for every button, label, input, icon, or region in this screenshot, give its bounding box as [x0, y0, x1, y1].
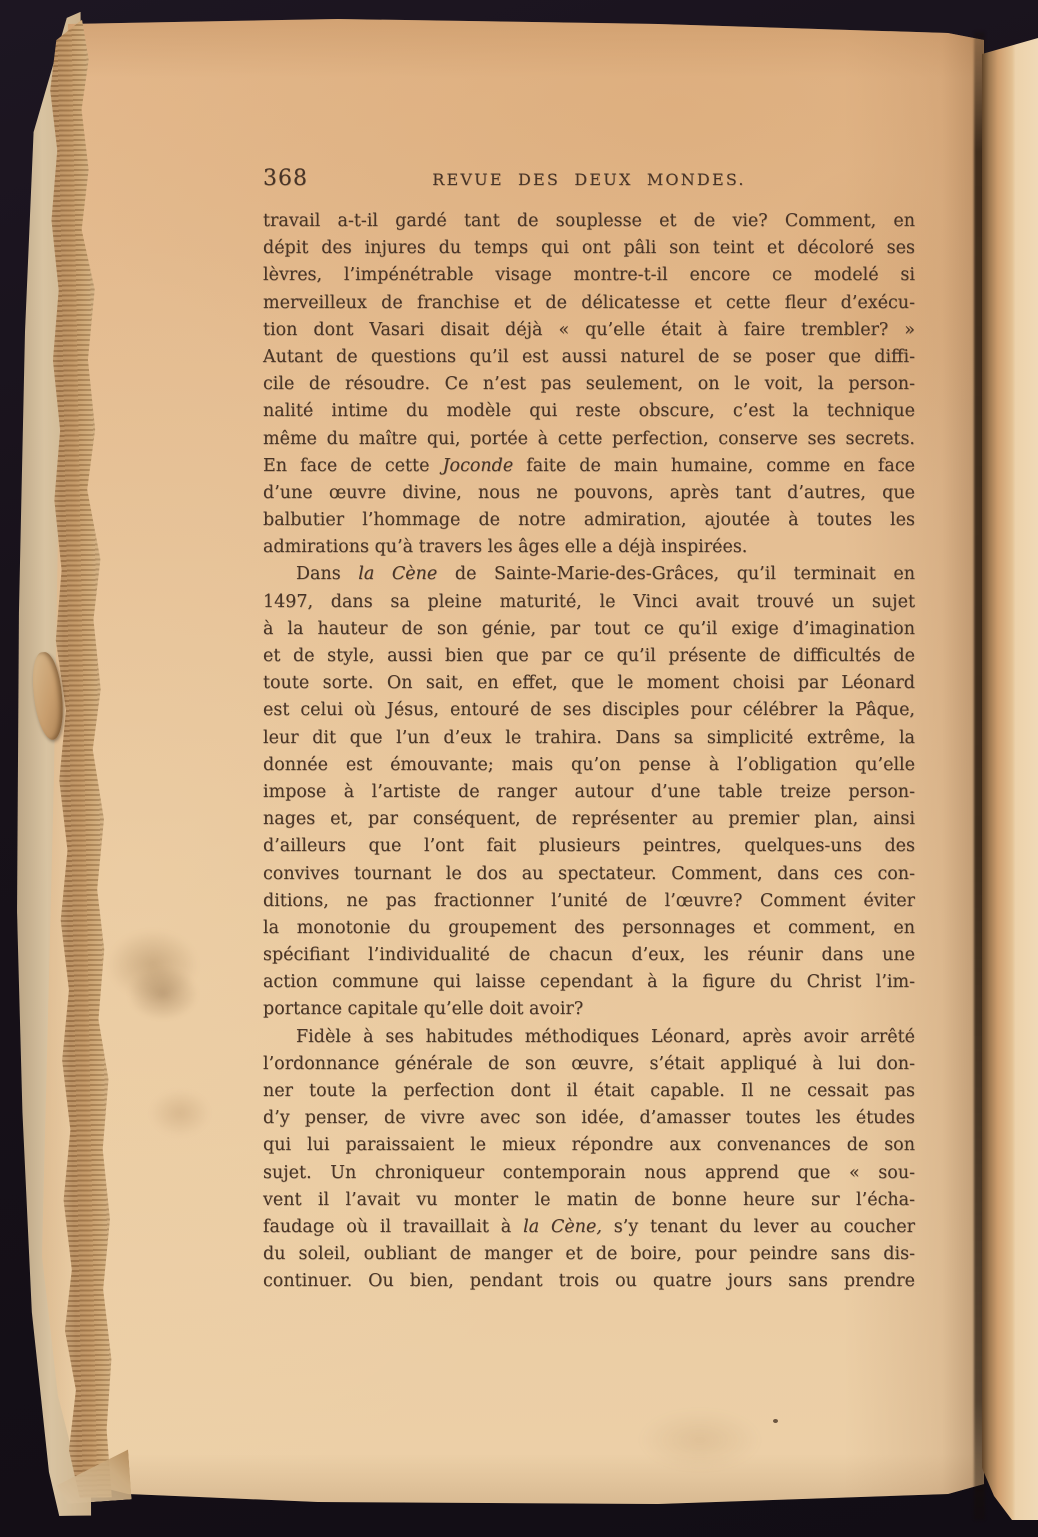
text-line: est celui où Jésus, entouré de ses disci…: [263, 697, 915, 724]
text-line: même du maître qui, portée à cette perfe…: [263, 426, 915, 453]
text-line: nages et, par conséquent, de représenter…: [263, 806, 915, 833]
text-line: cile de résoudre. Ce n’est pas seulement…: [263, 371, 915, 398]
text-line: l’ordonnance générale de son œuvre, s’ét…: [263, 1051, 915, 1078]
text-block: travail a-t-il gardé tant de souplesse e…: [263, 208, 915, 1296]
text-line: balbutier l’hommage de notre admiration,…: [263, 507, 915, 534]
text-line: continuer. Ou bien, pendant trois ou qua…: [263, 1268, 915, 1295]
text-line: merveilleux de franchise et de délicates…: [263, 290, 915, 317]
text-line: d’une œuvre divine, nous ne pouvons, apr…: [263, 480, 915, 507]
text-line: d’ailleurs que l’ont fait plusieurs pein…: [263, 833, 915, 860]
running-header: 368 REVUE DES DEUX MONDES.: [263, 166, 915, 194]
text-line: En face de cette Joconde faite de main h…: [263, 453, 915, 480]
text-line: sujet. Un chroniqueur contemporain nous …: [263, 1160, 915, 1187]
text-line: qui lui paraissaient le mieux répondre a…: [263, 1132, 915, 1159]
running-title: REVUE DES DEUX MONDES.: [263, 170, 915, 189]
facing-page-edge: [982, 38, 1038, 1520]
text-line: lèvres, l’impénétrable visage montre-t-i…: [263, 262, 915, 289]
italic-text: Joconde: [443, 456, 514, 476]
text-line: la monotonie du groupement des personnag…: [263, 915, 915, 942]
text-line: vent il l’avait vu monter le matin de bo…: [263, 1187, 915, 1214]
text-line: donnée est émouvante; mais qu’on pense à…: [263, 752, 915, 779]
text-line: convives tournant le dos au spectateur. …: [263, 861, 915, 888]
text-line: travail a-t-il gardé tant de souplesse e…: [263, 208, 915, 235]
text-line: Fidèle à ses habitudes méthodiques Léona…: [263, 1024, 915, 1051]
text-line: d’y penser, de vivre avec son idée, d’am…: [263, 1105, 915, 1132]
text-line: à la hauteur de son génie, par tout ce q…: [263, 616, 915, 643]
text-line: ner toute la perfection dont il était ca…: [263, 1078, 915, 1105]
text-line: dépit des injures du temps qui ont pâli …: [263, 235, 915, 262]
text-line: nalité intime du modèle qui reste obscur…: [263, 398, 915, 425]
text-line: Autant de questions qu’il est aussi natu…: [263, 344, 915, 371]
text-line: toute sorte. On sait, en effet, que le m…: [263, 670, 915, 697]
photo-of-book-page: { "header": { "page_number": "368", "run…: [0, 0, 1038, 1537]
text-line: portance capitale qu’elle doit avoir?: [263, 996, 915, 1023]
text-line: 1497, dans sa pleine maturité, le Vinci …: [263, 589, 915, 616]
text-line: action commune qui laisse cependant à la…: [263, 969, 915, 996]
italic-text: la Cène,: [523, 1217, 602, 1237]
text-line: impose à l’artiste de ranger autour d’un…: [263, 779, 915, 806]
text-line: du soleil, oubliant de manger et de boir…: [263, 1241, 915, 1268]
text-line: spécifiant l’individualité de chacun d’e…: [263, 942, 915, 969]
text-line: leur dit que l’un d’eux le trahira. Dans…: [263, 725, 915, 752]
text-line: ditions, ne pas fractionner l’unité de l…: [263, 888, 915, 915]
text-line: Dans la Cène de Sainte-Marie-des-Grâces,…: [263, 561, 915, 588]
printed-content: 368 REVUE DES DEUX MONDES. travail a-t-i…: [18, 16, 984, 1510]
text-line: admirations qu’à travers les âges elle a…: [263, 534, 915, 561]
text-line: et de style, aussi bien que par ce qu’il…: [263, 643, 915, 670]
italic-text: la Cène: [358, 564, 437, 584]
text-line: faudage où il travaillait à la Cène, s’y…: [263, 1214, 915, 1241]
text-line: tion dont Vasari disait déjà « qu’elle é…: [263, 317, 915, 344]
